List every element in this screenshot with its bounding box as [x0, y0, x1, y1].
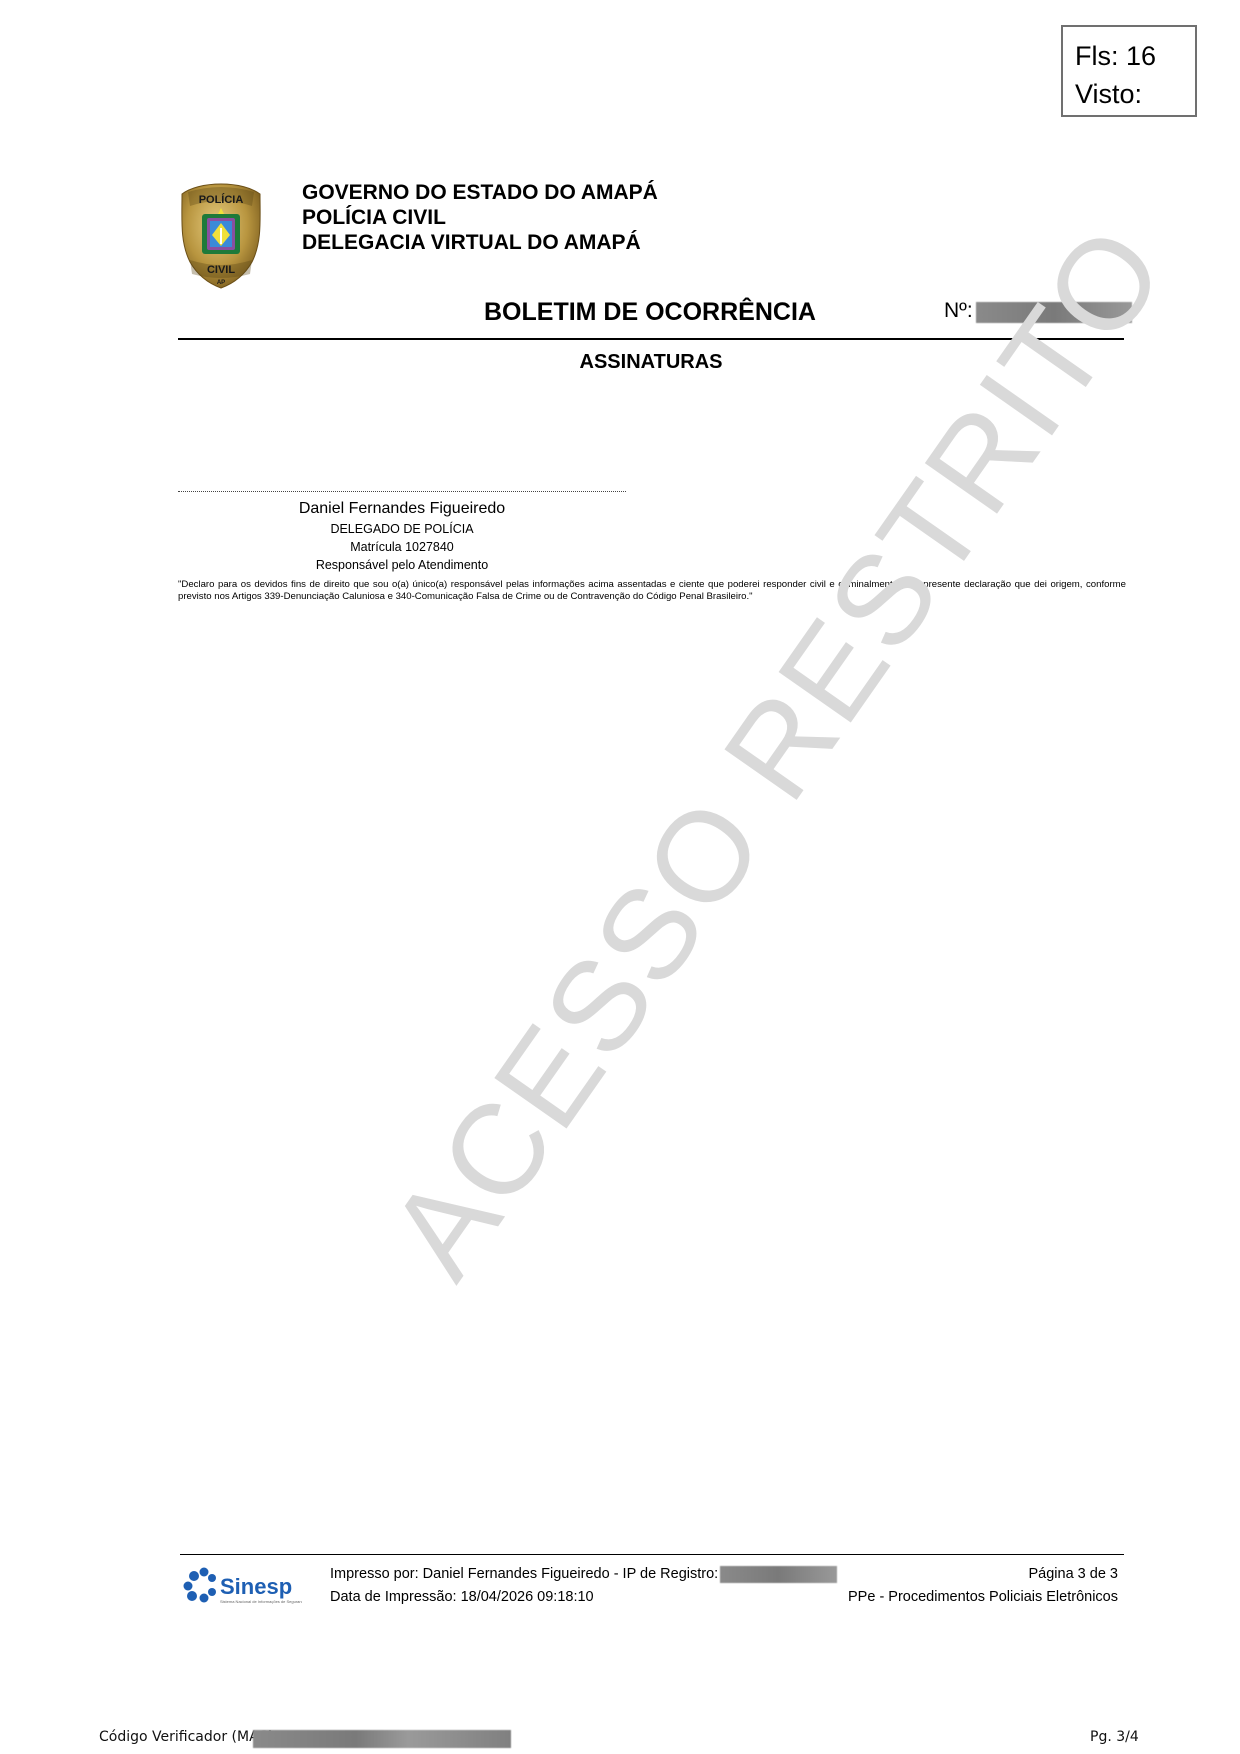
mac-code-redacted [253, 1730, 511, 1748]
print-date: Data de Impressão: 18/04/2026 09:18:10 [330, 1586, 837, 1609]
svg-text:AP: AP [217, 280, 225, 286]
footer-print-info: Impresso por: Daniel Fernandes Figueired… [330, 1563, 837, 1609]
folio-box: Fls: 16 Visto: [1061, 25, 1197, 117]
sinesp-logo: Sinesp Sistema Nacional de Informações d… [182, 1566, 302, 1610]
signer-registration: Matrícula 1027840 [178, 538, 626, 556]
header-police: POLÍCIA CIVIL [302, 205, 658, 230]
watermark: ACESSO RESTRITO [360, 564, 939, 1304]
header-delegacia: DELEGACIA VIRTUAL DO AMAPÁ [302, 230, 658, 255]
signer-role: DELEGADO DE POLÍCIA [178, 520, 626, 538]
footer-page-info: Página 3 de 3 PPe - Procedimentos Polici… [800, 1563, 1118, 1609]
signer-name: Daniel Fernandes Figueiredo [178, 498, 626, 520]
printed-by: Impresso por: Daniel Fernandes Figueired… [330, 1566, 718, 1582]
declaration-text: "Declaro para os devidos fins de direito… [178, 579, 1126, 602]
system-name: PPe - Procedimentos Policiais Eletrônico… [800, 1586, 1118, 1609]
visto-label: Visto: [1075, 75, 1195, 113]
page-info: Página 3 de 3 [800, 1563, 1118, 1586]
fls-label: Fls: 16 [1075, 37, 1195, 75]
svg-text:CIVIL: CIVIL [207, 264, 235, 276]
signature-block: Daniel Fernandes Figueiredo DELEGADO DE … [178, 498, 626, 574]
svg-text:POLÍCIA: POLÍCIA [199, 193, 244, 206]
page-count: Pg. 3/4 [1090, 1729, 1139, 1745]
bo-number-label: Nº: [944, 299, 973, 323]
mac-code-label: Código Verificador (MAC) [99, 1729, 274, 1745]
document-title: BOLETIM DE OCORRÊNCIA [484, 298, 816, 327]
footer-divider [180, 1554, 1124, 1555]
agency-header: GOVERNO DO ESTADO DO AMAPÁ POLÍCIA CIVIL… [302, 180, 658, 255]
signature-line [178, 491, 626, 492]
svg-text:Sinesp: Sinesp [220, 1574, 292, 1599]
svg-text:Sistema Nacional de Informaçõe: Sistema Nacional de Informações de Segur… [220, 1599, 302, 1604]
police-badge-icon: POLÍCIA CIVIL AP [178, 180, 264, 290]
signer-responsibility: Responsável pelo Atendimento [178, 556, 626, 574]
header-government: GOVERNO DO ESTADO DO AMAPÁ [302, 180, 658, 205]
